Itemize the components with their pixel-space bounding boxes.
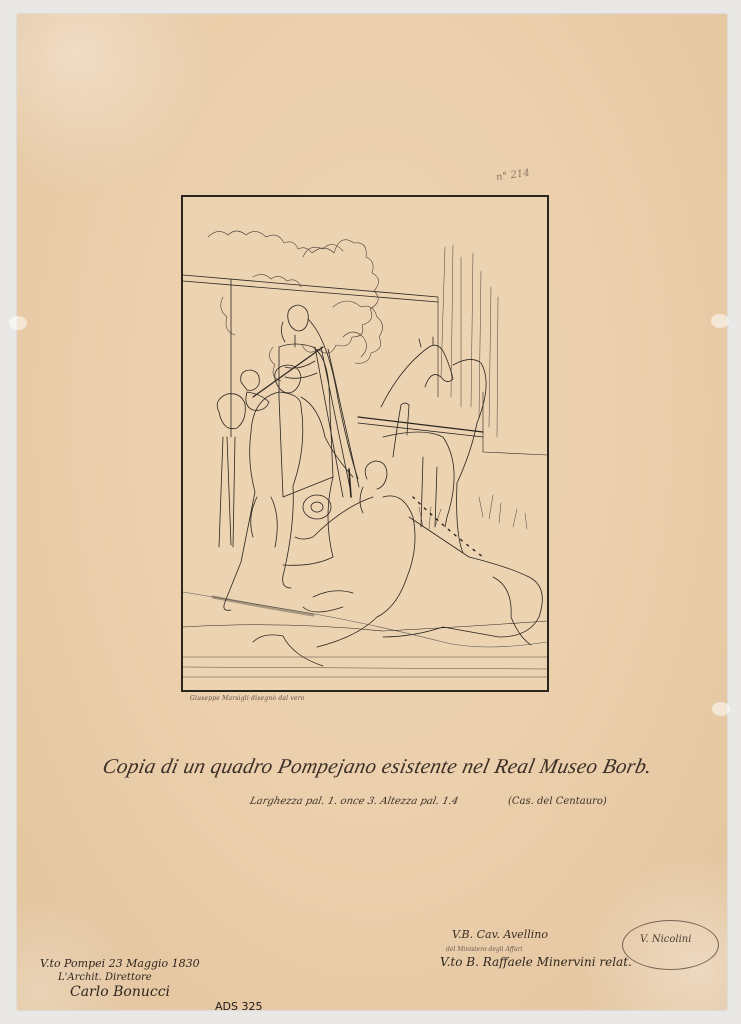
signature: Carlo Bonucci — [70, 984, 170, 1000]
illustration-drawing — [183, 197, 547, 690]
approval-right-line3: V.to B. Raffaele Minervini relat. — [440, 955, 632, 969]
mount-mark — [711, 314, 729, 328]
artist-credit: Giuseppe Marsigli disegnò dal vero — [190, 695, 305, 702]
caption-subject: (Cas. del Centauro) — [508, 796, 607, 807]
approval-right-line2: del Ministero degli Affari — [446, 946, 522, 953]
mount-mark — [9, 316, 27, 330]
stamp-text: V. Nicolini — [640, 934, 691, 945]
approval-right-line1: V.B. Cav. Avellino — [452, 928, 548, 941]
caption-dimensions: Larghezza pal. 1. once 3. Altezza pal. 1… — [249, 796, 460, 807]
approval-role: L'Archit. Direttore — [58, 972, 152, 983]
mount-mark — [712, 702, 730, 716]
caption-title: Copia di un quadro Pompejano esistente n… — [100, 754, 654, 779]
illustration-frame — [181, 195, 549, 692]
oval-stamp — [622, 920, 719, 970]
archive-label: ADS 325 — [215, 1000, 262, 1013]
approval-date: V.to Pompei 23 Maggio 1830 — [40, 957, 200, 970]
